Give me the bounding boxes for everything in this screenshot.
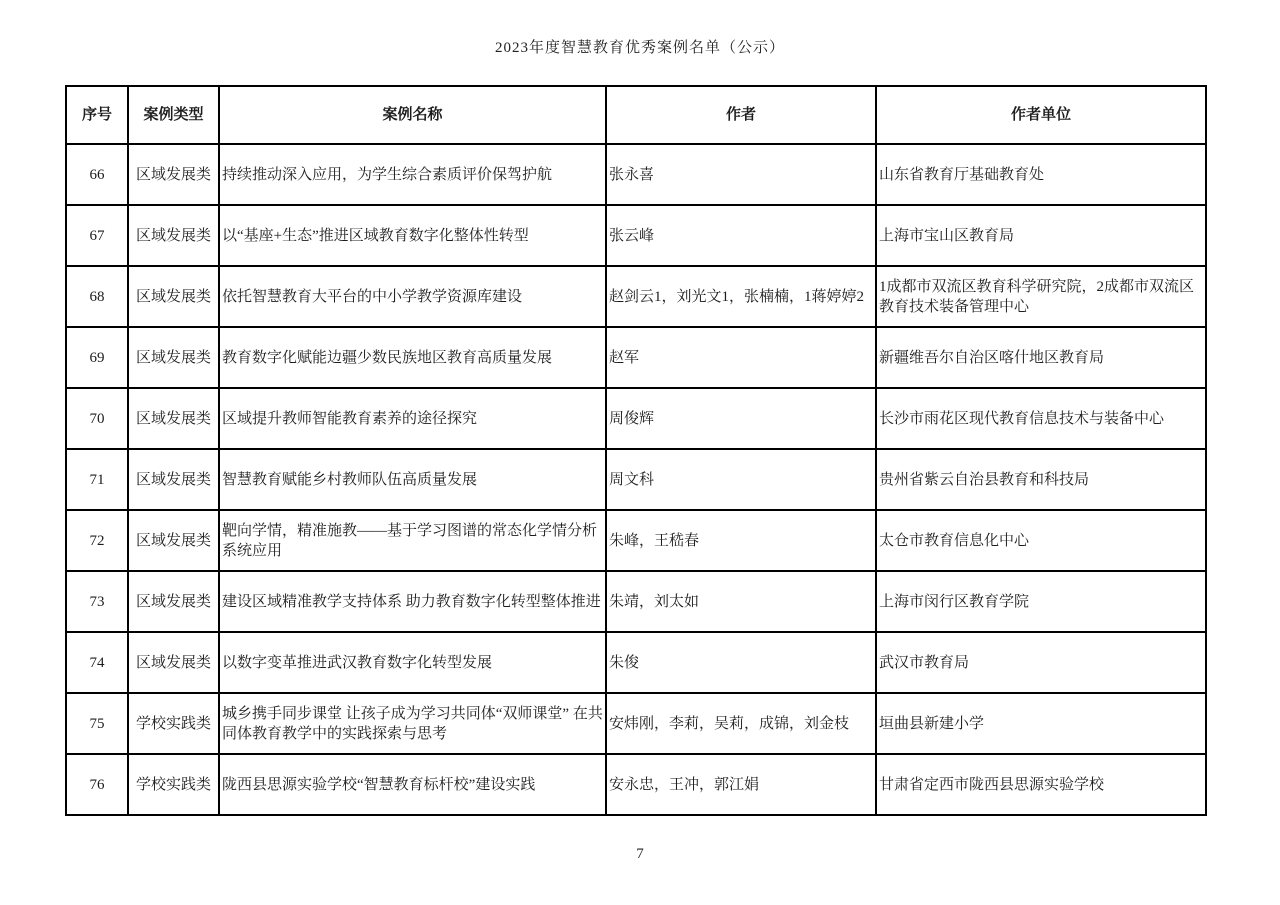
case-type-cell: 区域发展类 (128, 388, 219, 449)
cases-table: 序号 案例类型 案例名称 作者 作者单位 66 区域发展类 持续推动深入应用，为… (65, 85, 1207, 816)
case-author-cell: 周文科 (606, 449, 876, 510)
case-org-cell: 甘肃省定西市陇西县思源实验学校 (876, 754, 1206, 815)
case-type-cell: 区域发展类 (128, 510, 219, 571)
case-author-cell: 朱俊 (606, 632, 876, 693)
table-row: 69 区域发展类 教育数字化赋能边疆少数民族地区教育高质量发展 赵军 新疆维吾尔… (66, 327, 1206, 388)
case-name-cell: 城乡携手同步课堂 让孩子成为学习共同体“双师课堂” 在共同体教育教学中的实践探索… (219, 693, 606, 754)
document-page: 2023年度智慧教育优秀案例名单（公示） 序号 案例类型 案例名称 作者 作者单… (0, 0, 1280, 905)
case-author-cell: 张永喜 (606, 144, 876, 205)
table-row: 74 区域发展类 以数字变革推进武汉教育数字化转型发展 朱俊 武汉市教育局 (66, 632, 1206, 693)
case-org-cell: 武汉市教育局 (876, 632, 1206, 693)
case-name-cell: 以数字变革推进武汉教育数字化转型发展 (219, 632, 606, 693)
case-org-cell: 贵州省紫云自治县教育和科技局 (876, 449, 1206, 510)
case-index-cell: 67 (66, 205, 128, 266)
case-index-cell: 66 (66, 144, 128, 205)
table-row: 71 区域发展类 智慧教育赋能乡村教师队伍高质量发展 周文科 贵州省紫云自治县教… (66, 449, 1206, 510)
case-index-cell: 72 (66, 510, 128, 571)
table-row: 72 区域发展类 靶向学情，精准施教——基于学习图谱的常态化学情分析系统应用 朱… (66, 510, 1206, 571)
case-name-cell: 以“基座+生态”推进区域教育数字化整体性转型 (219, 205, 606, 266)
case-name-cell: 陇西县思源实验学校“智慧教育标杆校”建设实践 (219, 754, 606, 815)
case-author-cell: 安永忠，王冲，郭江娟 (606, 754, 876, 815)
table-body: 66 区域发展类 持续推动深入应用，为学生综合素质评价保驾护航 张永喜 山东省教… (66, 144, 1206, 815)
table-row: 73 区域发展类 建设区域精准教学支持体系 助力教育数字化转型整体推进 朱靖，刘… (66, 571, 1206, 632)
case-name-cell: 持续推动深入应用，为学生综合素质评价保驾护航 (219, 144, 606, 205)
case-name-cell: 依托智慧教育大平台的中小学教学资源库建设 (219, 266, 606, 327)
case-index-cell: 76 (66, 754, 128, 815)
case-index-cell: 70 (66, 388, 128, 449)
case-org-cell: 太仓市教育信息化中心 (876, 510, 1206, 571)
case-name-cell: 智慧教育赋能乡村教师队伍高质量发展 (219, 449, 606, 510)
document-title: 2023年度智慧教育优秀案例名单（公示） (0, 36, 1280, 57)
case-author-cell: 赵军 (606, 327, 876, 388)
case-author-cell: 赵剑云1，刘光文1，张楠楠，1蒋婷婷2 (606, 266, 876, 327)
table-row: 67 区域发展类 以“基座+生态”推进区域教育数字化整体性转型 张云峰 上海市宝… (66, 205, 1206, 266)
table-row: 70 区域发展类 区域提升教师智能教育素养的途径探究 周俊辉 长沙市雨花区现代教… (66, 388, 1206, 449)
case-name-cell: 建设区域精准教学支持体系 助力教育数字化转型整体推进 (219, 571, 606, 632)
case-author-cell: 张云峰 (606, 205, 876, 266)
table-row: 68 区域发展类 依托智慧教育大平台的中小学教学资源库建设 赵剑云1，刘光文1，… (66, 266, 1206, 327)
case-index-cell: 74 (66, 632, 128, 693)
case-org-cell: 上海市宝山区教育局 (876, 205, 1206, 266)
table-header-row: 序号 案例类型 案例名称 作者 作者单位 (66, 86, 1206, 144)
case-type-cell: 学校实践类 (128, 693, 219, 754)
col-header-name: 案例名称 (219, 86, 606, 144)
col-header-index: 序号 (66, 86, 128, 144)
case-index-cell: 71 (66, 449, 128, 510)
case-type-cell: 区域发展类 (128, 144, 219, 205)
case-index-cell: 68 (66, 266, 128, 327)
case-author-cell: 安炜刚，李莉，吴莉，成锦，刘金枝 (606, 693, 876, 754)
col-header-author: 作者 (606, 86, 876, 144)
case-org-cell: 1成都市双流区教育科学研究院，2成都市双流区教育技术装备管理中心 (876, 266, 1206, 327)
case-author-cell: 朱峰，王嵇春 (606, 510, 876, 571)
case-author-cell: 朱靖，刘太如 (606, 571, 876, 632)
case-org-cell: 山东省教育厅基础教育处 (876, 144, 1206, 205)
case-type-cell: 学校实践类 (128, 754, 219, 815)
table-row: 76 学校实践类 陇西县思源实验学校“智慧教育标杆校”建设实践 安永忠，王冲，郭… (66, 754, 1206, 815)
case-name-cell: 教育数字化赋能边疆少数民族地区教育高质量发展 (219, 327, 606, 388)
case-index-cell: 69 (66, 327, 128, 388)
case-type-cell: 区域发展类 (128, 205, 219, 266)
case-org-cell: 长沙市雨花区现代教育信息技术与装备中心 (876, 388, 1206, 449)
case-type-cell: 区域发展类 (128, 571, 219, 632)
case-index-cell: 73 (66, 571, 128, 632)
case-type-cell: 区域发展类 (128, 266, 219, 327)
case-org-cell: 上海市闵行区教育学院 (876, 571, 1206, 632)
case-name-cell: 区域提升教师智能教育素养的途径探究 (219, 388, 606, 449)
case-type-cell: 区域发展类 (128, 449, 219, 510)
case-name-cell: 靶向学情，精准施教——基于学习图谱的常态化学情分析系统应用 (219, 510, 606, 571)
case-type-cell: 区域发展类 (128, 632, 219, 693)
table-row: 75 学校实践类 城乡携手同步课堂 让孩子成为学习共同体“双师课堂” 在共同体教… (66, 693, 1206, 754)
case-author-cell: 周俊辉 (606, 388, 876, 449)
case-type-cell: 区域发展类 (128, 327, 219, 388)
table-row: 66 区域发展类 持续推动深入应用，为学生综合素质评价保驾护航 张永喜 山东省教… (66, 144, 1206, 205)
page-number: 7 (0, 846, 1280, 863)
col-header-type: 案例类型 (128, 86, 219, 144)
case-org-cell: 新疆维吾尔自治区喀什地区教育局 (876, 327, 1206, 388)
col-header-org: 作者单位 (876, 86, 1206, 144)
case-index-cell: 75 (66, 693, 128, 754)
case-org-cell: 垣曲县新建小学 (876, 693, 1206, 754)
